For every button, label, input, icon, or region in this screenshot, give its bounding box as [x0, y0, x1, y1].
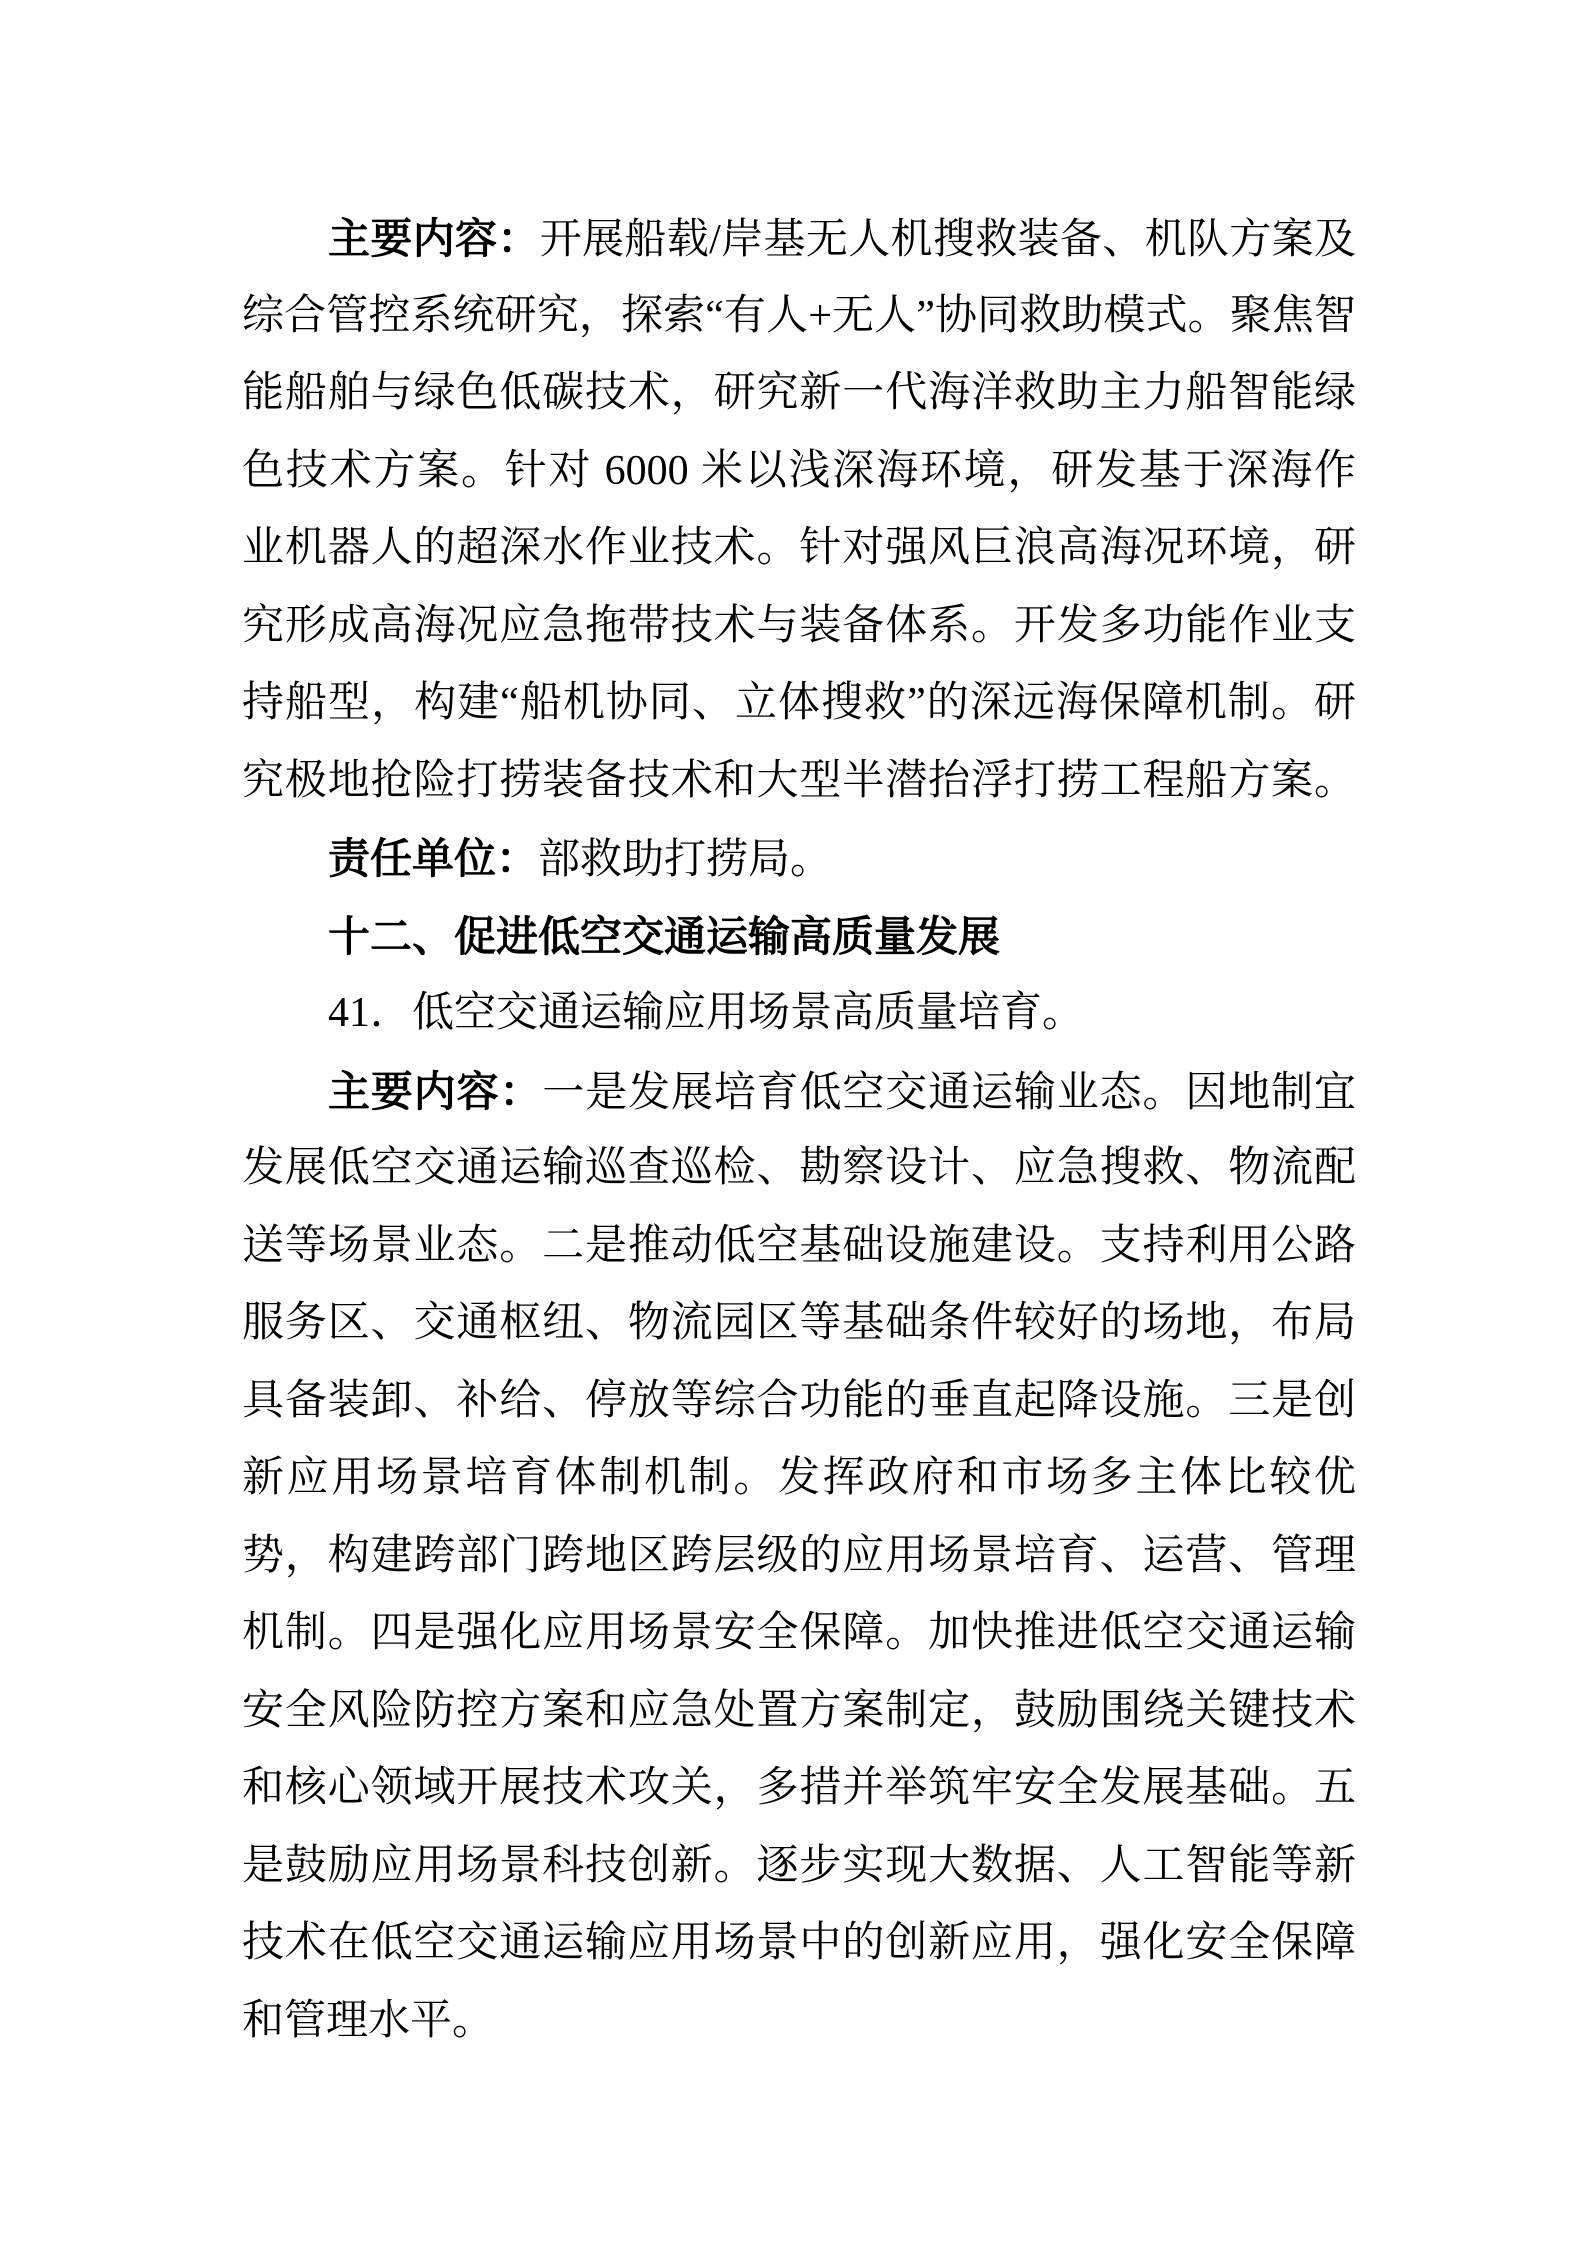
text-line: 主要内容：开展船载/岸基无人机搜救装备、机队方案及 [242, 200, 1356, 278]
text-line: 发展低空交通运输巡查巡检、勘察设计、应急搜救、物流配 [242, 1130, 1356, 1208]
text-line: 和管理水平。 [242, 1983, 1356, 2061]
text-line: 究极地抢险打捞装备技术和大型半潜抬浮打捞工程船方案。 [242, 743, 1356, 821]
text-segment: 持船型，构建“船机协同、立体搜救”的深远海保障机制。研 [242, 680, 1356, 726]
text-line: 机制。四是强化应用场景安全保障。加快推进低空交通运输 [242, 1595, 1356, 1673]
text-line: 势，构建跨部门跨地区跨层级的应用场景培育、运营、管理 [242, 1518, 1356, 1596]
text-segment: 和管理水平。 [242, 1998, 494, 2044]
text-line: 41．低空交通运输应用场景高质量培育。 [242, 975, 1356, 1053]
text-segment: 机制。四是强化应用场景安全保障。加快推进低空交通运输 [242, 1610, 1356, 1656]
text-segment: 业机器人的超深水作业技术。针对强风巨浪高海况环境，研 [242, 525, 1356, 571]
bold-label: 责任单位： [328, 835, 538, 882]
document-text-block: 主要内容：开展船载/岸基无人机搜救装备、机队方案及综合管控系统研究，探索“有人+… [242, 200, 1356, 2060]
text-line: 业机器人的超深水作业技术。针对强风巨浪高海况环境，研 [242, 510, 1356, 588]
text-segment: 技术在低空交通运输应用场景中的创新应用，强化安全保障 [242, 1920, 1356, 1966]
text-line: 色技术方案。针对 6000 米以浅深海环境，研发基于深海作 [242, 433, 1356, 511]
text-segment: 新应用场景培育体制机制。发挥政府和市场多主体比较优 [242, 1455, 1356, 1501]
text-line: 服务区、交通枢纽、物流园区等基础条件较好的场地，布局 [242, 1285, 1356, 1363]
text-segment: 综合管控系统研究，探索“有人+无人”协同救助模式。聚焦智 [242, 293, 1356, 339]
text-line: 和核心领域开展技术攻关，多措并举筑牢安全发展基础。五 [242, 1750, 1356, 1828]
text-line: 是鼓励应用场景科技创新。逐步实现大数据、人工智能等新 [242, 1828, 1356, 1906]
text-line: 主要内容：一是发展培育低空交通运输业态。因地制宜 [242, 1053, 1356, 1131]
text-segment: 究形成高海况应急拖带技术与装备体系。开发多功能作业支 [242, 603, 1356, 649]
text-segment: 究极地抢险打捞装备技术和大型半潜抬浮打捞工程船方案。 [242, 758, 1356, 804]
text-segment: 送等场景业态。二是推动低空基础设施建设。支持利用公路 [242, 1223, 1356, 1269]
text-line: 能船舶与绿色低碳技术，研究新一代海洋救助主力船智能绿 [242, 355, 1356, 433]
text-segment: 具备装卸、补给、停放等综合功能的垂直起降设施。三是创 [242, 1378, 1356, 1424]
bold-label: 主要内容： [328, 215, 540, 262]
text-segment: 服务区、交通枢纽、物流园区等基础条件较好的场地，布局 [242, 1300, 1356, 1346]
text-line: 持船型，构建“船机协同、立体搜救”的深远海保障机制。研 [242, 665, 1356, 743]
text-segment: 色技术方案。针对 6000 米以浅深海环境，研发基于深海作 [242, 448, 1356, 494]
bold-label: 主要内容： [328, 1068, 542, 1115]
text-line: 究形成高海况应急拖带技术与装备体系。开发多功能作业支 [242, 588, 1356, 666]
section-heading-line: 十二、促进低空交通运输高质量发展 [242, 898, 1356, 976]
bold-label: 十二、促进低空交通运输高质量发展 [328, 913, 1000, 960]
text-segment: 41．低空交通运输应用场景高质量培育。 [328, 990, 1084, 1036]
text-segment: 发展低空交通运输巡查巡检、勘察设计、应急搜救、物流配 [242, 1145, 1356, 1191]
text-line: 安全风险防控方案和应急处置方案制定，鼓励围绕关键技术 [242, 1673, 1356, 1751]
text-segment: 势，构建跨部门跨地区跨层级的应用场景培育、运营、管理 [242, 1533, 1356, 1579]
text-line: 技术在低空交通运输应用场景中的创新应用，强化安全保障 [242, 1905, 1356, 1983]
text-line: 新应用场景培育体制机制。发挥政府和市场多主体比较优 [242, 1440, 1356, 1518]
document-page: 主要内容：开展船载/岸基无人机搜救装备、机队方案及综合管控系统研究，探索“有人+… [0, 0, 1587, 2245]
text-segment: 是鼓励应用场景科技创新。逐步实现大数据、人工智能等新 [242, 1843, 1356, 1889]
text-segment: 一是发展培育低空交通运输业态。因地制宜 [542, 1070, 1356, 1116]
text-line: 责任单位：部救助打捞局。 [242, 820, 1356, 898]
text-segment: 安全风险防控方案和应急处置方案制定，鼓励围绕关键技术 [242, 1688, 1356, 1734]
text-line: 送等场景业态。二是推动低空基础设施建设。支持利用公路 [242, 1208, 1356, 1286]
text-line: 具备装卸、补给、停放等综合功能的垂直起降设施。三是创 [242, 1363, 1356, 1441]
text-segment: 和核心领域开展技术攻关，多措并举筑牢安全发展基础。五 [242, 1765, 1356, 1811]
text-segment: 开展船载/岸基无人机搜救装备、机队方案及 [540, 217, 1356, 263]
text-segment: 部救助打捞局。 [538, 837, 832, 883]
text-segment: 能船舶与绿色低碳技术，研究新一代海洋救助主力船智能绿 [242, 370, 1356, 416]
text-line: 综合管控系统研究，探索“有人+无人”协同救助模式。聚焦智 [242, 278, 1356, 356]
